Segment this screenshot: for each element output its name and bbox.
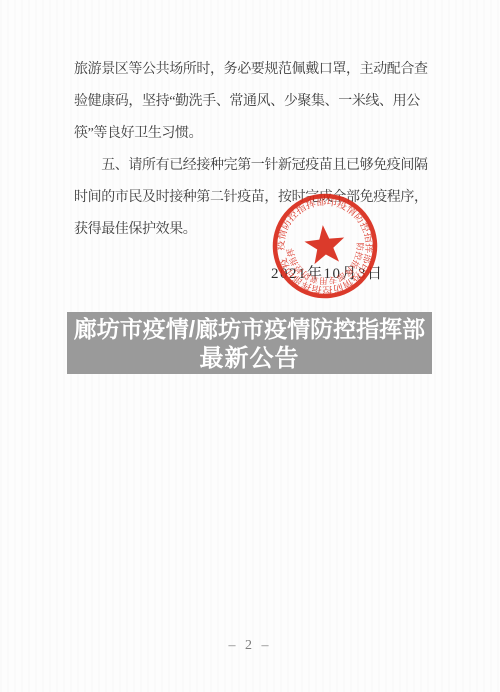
official-seal-stamp: 疫情防控指挥部印疫情防控指挥部印疫情防控指挥部印疫 防控指挥部专用章防控指挥部 <box>265 186 386 307</box>
document-page: 旅游景区等公共场所时，务必要规范佩戴口罩，主动配合查验健康码，坚持“勤洗手、常通… <box>0 0 500 692</box>
text-line: 旅游景区等公共场所时，务必要规范佩戴口罩，主动配合查 <box>74 54 430 86</box>
text-line: 验健康码，坚持“勤洗手、常通风、少聚集、一米线、用公 <box>74 86 430 118</box>
text-line: 五、请所有已经接种完第一针新冠疫苗且已够免疫间隔 <box>74 150 430 182</box>
star-icon <box>303 223 347 265</box>
text-line: 时间的市民及时接种第二针疫苗，按时完成全部免疫程序， <box>74 182 430 214</box>
text-line: 筷”等良好卫生习惯。 <box>74 118 430 150</box>
page-number: – 2 – <box>0 638 500 654</box>
caption-banner: 廊坊市疫情/廊坊市疫情防控指挥部 最新公告 <box>67 312 432 374</box>
caption-banner-line1: 廊坊市疫情/廊坊市疫情防控指挥部 <box>67 314 432 344</box>
notice-paragraph-1: 旅游景区等公共场所时，务必要规范佩戴口罩，主动配合查验健康码，坚持“勤洗手、常通… <box>74 54 430 150</box>
caption-banner-line2: 最新公告 <box>67 344 432 373</box>
